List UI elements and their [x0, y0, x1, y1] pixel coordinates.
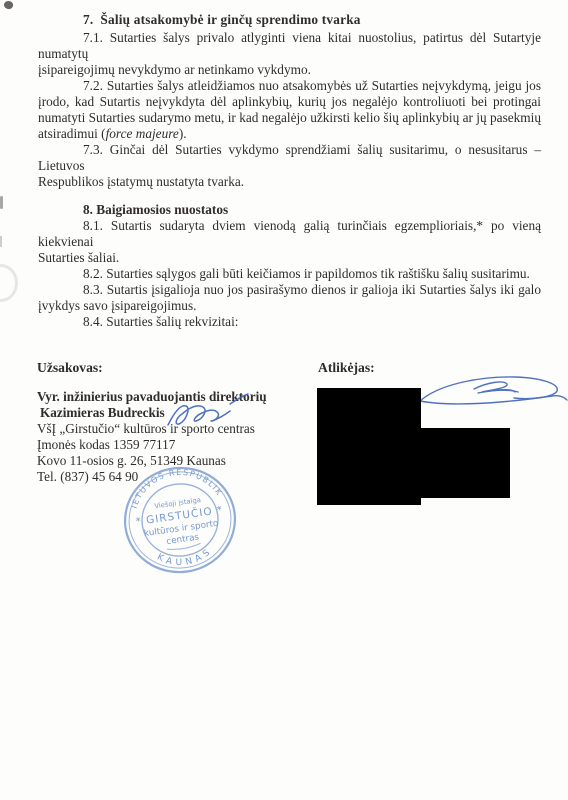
force-majeure-italic: force majeure: [106, 126, 179, 141]
section-8-heading: 8. Baigiamosios nuostatos: [38, 202, 541, 218]
clause-7-2-line-4: atsiradimui (force majeure).: [38, 126, 541, 142]
clause-7-3-line-1: 7.3. Ginčai dėl Sutarties vykdymo sprend…: [38, 142, 541, 174]
scan-artifact-paper-curl: [0, 264, 18, 302]
clause-8-2: 8.2. Sutarties sąlygos gali būti keičiam…: [38, 266, 541, 282]
clause-8-1-line-2: Sutarties šaliai.: [38, 250, 541, 266]
contract-text-block: 7. Šalių atsakomybė ir ginčų sprendimo t…: [38, 12, 541, 330]
scan-artifact-corner: [3, 0, 14, 10]
scan-artifact-left-edge-2: [0, 236, 2, 247]
redaction-block-1: [317, 388, 421, 505]
clause-7-1-line-2: įsipareigojimų nevykdymo ar netinkamo vy…: [38, 62, 541, 78]
clause-7-2-line-3: numatyti Sutarties sudarymo metu, ir kad…: [38, 110, 541, 126]
girstucio-round-stamp: LIETUVOS RESPUBLIKA KAUNAS Viešoji įstai…: [117, 461, 243, 579]
scan-artifact-left-edge-1: [0, 196, 3, 209]
section-7-heading: 7. Šalių atsakomybė ir ginčų sprendimo t…: [38, 12, 541, 28]
scanned-contract-page: 7. Šalių atsakomybė ir ginčų sprendimo t…: [0, 0, 568, 800]
clause-8-1-line-1: 8.1. Sutartis sudaryta dviem vienodą gal…: [38, 218, 541, 250]
contractor-heading: Atlikėjas:: [318, 360, 375, 376]
contractor-signature-ink: [412, 371, 568, 419]
clause-7-1-line-1: 7.1. Sutarties šalys privalo atlyginti v…: [38, 30, 541, 62]
clause-8-3-line-2: įvykdys savo įsipareigojimus.: [38, 298, 541, 314]
customer-signature-ink: [160, 391, 252, 437]
clause-8-3-line-1: 8.3. Sutartis įsigalioja nuo jos pasiraš…: [38, 282, 541, 298]
clause-7-3-line-2: Respublikos įstatymų nustatyta tvarka.: [38, 174, 541, 190]
customer-heading: Užsakovas:: [37, 360, 103, 376]
customer-company-code: Įmonės kodas 1359 77117: [37, 437, 307, 453]
clause-7-2-line-4-end: ).: [179, 126, 187, 141]
clause-8-4: 8.4. Sutarties šalių rekvizitai:: [38, 314, 541, 330]
clause-7-2-line-4-text: atsiradimui (: [38, 126, 106, 141]
clause-7-2-line-2: įrodo, kad Sutartis neįvykdyta dėl aplin…: [38, 94, 541, 110]
redaction-block-2: [421, 428, 510, 498]
clause-7-2-line-1: 7.2. Sutarties šalys atleidžiamos nuo at…: [38, 78, 541, 94]
